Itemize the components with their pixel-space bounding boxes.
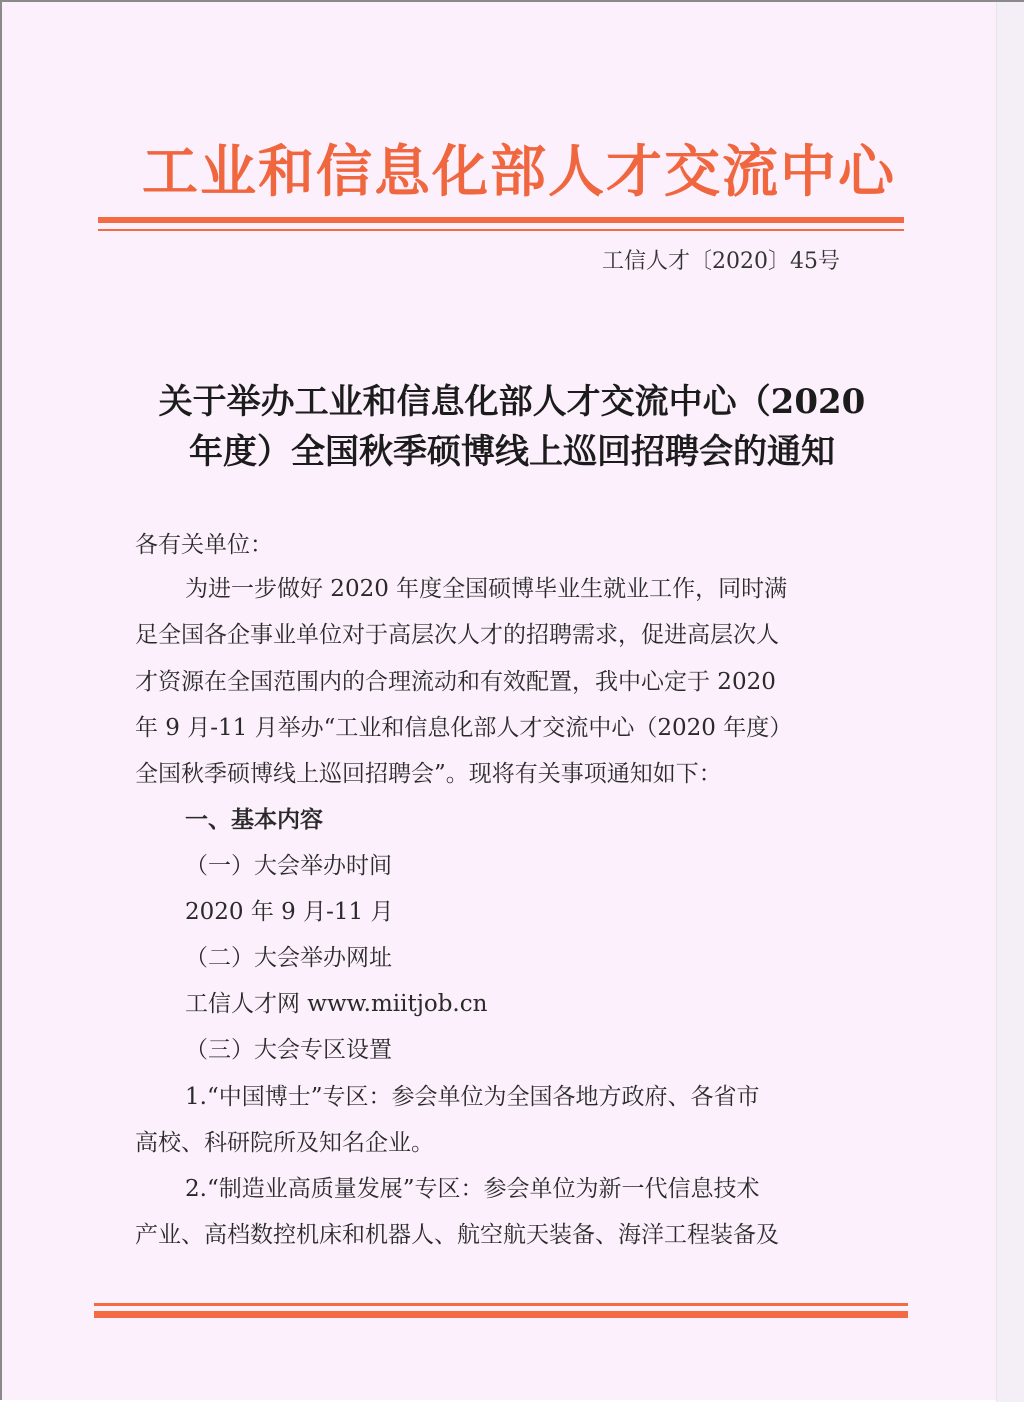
intro-line-5: 全国秋季硕博线上巡回招聘会”。现将有关事项通知如下： [135,751,722,797]
event-website: 工信人才网 www.miitjob.cn [185,981,487,1027]
intro-line-3: 才资源在全国范围内的合理流动和有效配置，我中心定于 2020 [135,659,776,705]
document-page: 工业和信息化部人才交流中心 工信人才〔2020〕45号 关于举办工业和信息化部人… [0,0,1024,1400]
org-letterhead: 工业和信息化部人才交流中心 [142,137,862,207]
document-number: 工信人才〔2020〕45号 [602,247,882,277]
notice-title-line-1: 关于举办工业和信息化部人才交流中心（2020 [122,377,902,427]
footer-rule-thin [94,1303,908,1306]
notice-title-line-2: 年度）全国秋季硕博线上巡回招聘会的通知 [122,427,902,477]
zone-item-1-line-1: 1.“中国博士”专区：参会单位为全国各地方政府、各省市 [185,1074,759,1120]
subheading-time: （一）大会举办时间 [185,843,392,889]
letterhead-rule-thick [98,217,904,223]
scan-edge [996,2,1024,1402]
zone-item-2-line-2: 产业、高档数控机床和机器人、航空航天装备、海洋工程装备及 [135,1212,779,1258]
section-heading-basic-content: 一、基本内容 [185,797,323,843]
subheading-zones: （三）大会专区设置 [185,1027,392,1073]
intro-line-1: 为进一步做好 2020 年度全国硕博毕业生就业工作，同时满 [185,566,787,612]
event-dates: 2020 年 9 月-11 月 [185,889,393,935]
footer-rule-thick [94,1311,908,1318]
notice-title: 关于举办工业和信息化部人才交流中心（2020 年度）全国秋季硕博线上巡回招聘会的… [122,377,902,477]
intro-line-2: 足全国各企事业单位对于高层次人才的招聘需求，促进高层次人 [135,612,779,658]
intro-line-4: 年 9 月-11 月举办“工业和信息化部人才交流中心（2020 年度） [135,705,792,751]
letterhead-rule-thin [98,229,904,231]
salutation: 各有关单位： [135,522,273,568]
zone-item-1-line-2: 高校、科研院所及知名企业。 [135,1120,434,1166]
zone-item-2-line-1: 2.“制造业高质量发展”专区：参会单位为新一代信息技术 [185,1166,759,1212]
subheading-website: （二）大会举办网址 [185,935,392,981]
